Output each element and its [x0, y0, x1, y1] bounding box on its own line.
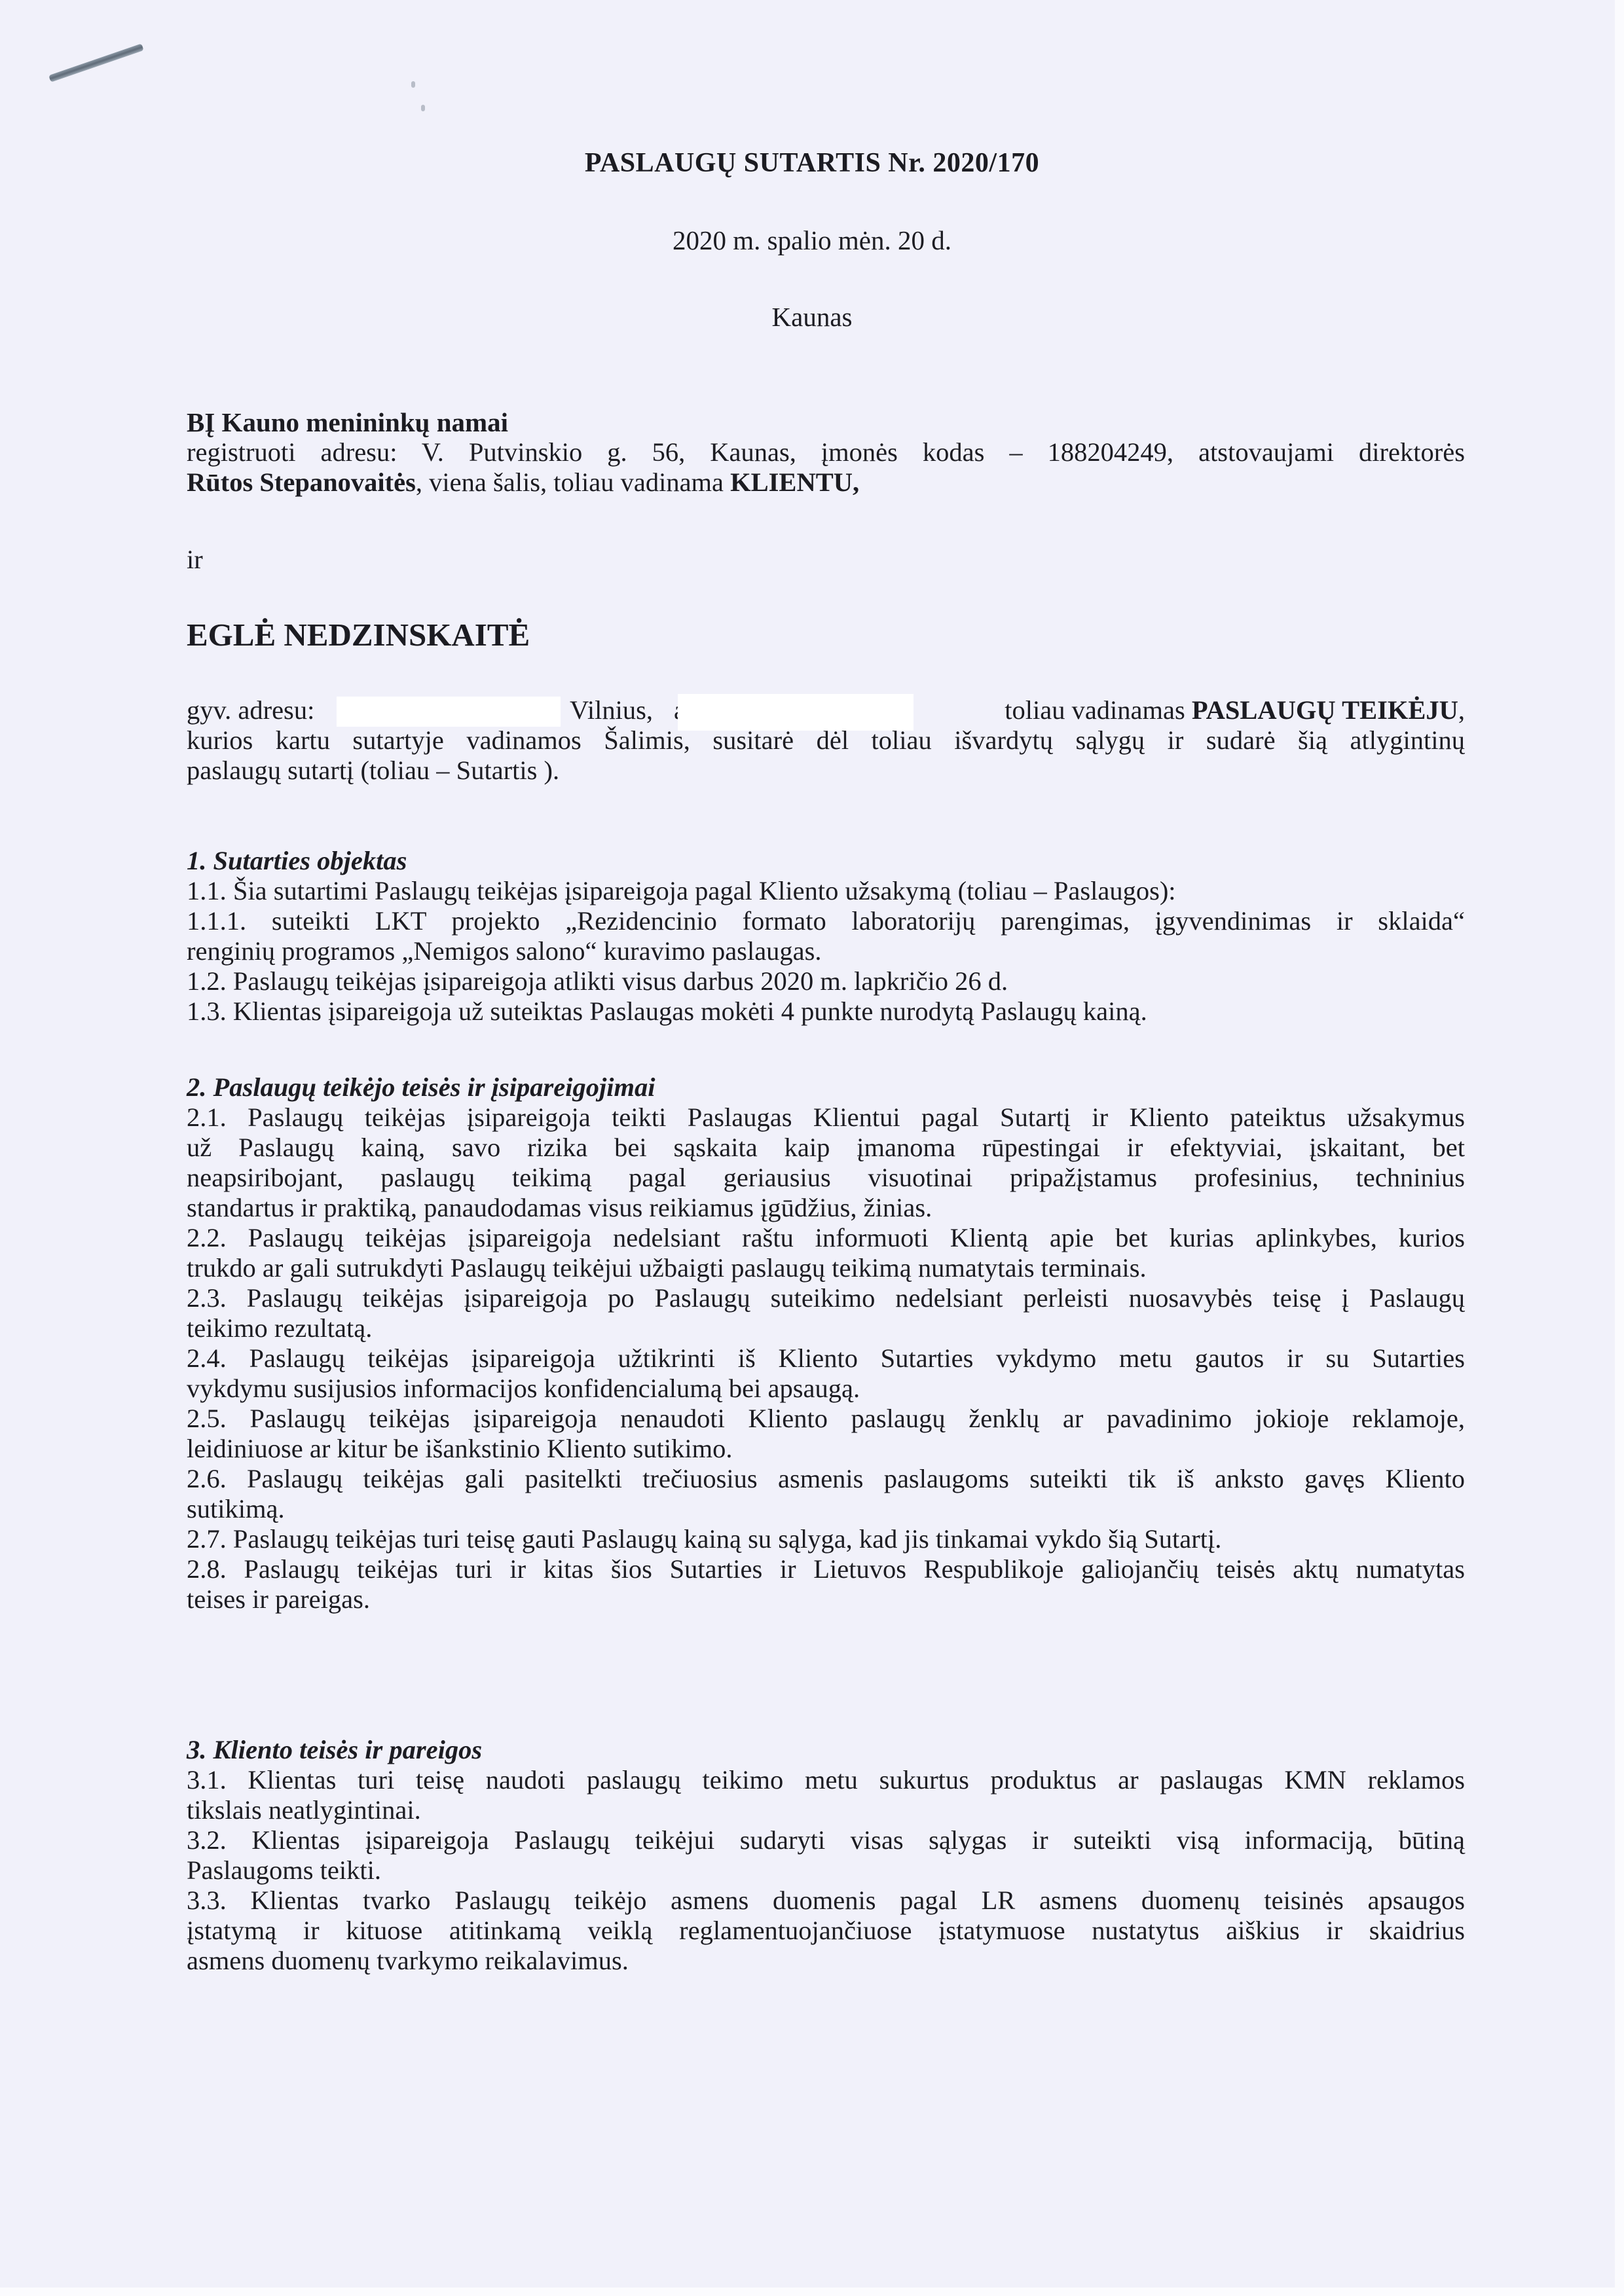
section-1: 1. Sutarties objektas 1.1. Šia sutartimi… — [187, 846, 1465, 1027]
contract-title: PASLAUGŲ SUTARTIS Nr. 2020/170 — [0, 147, 1624, 179]
clause-line: neapsiribojant, paslaugų teikimą pagal g… — [187, 1163, 1465, 1193]
clause-line: teises ir pareigas. — [187, 1584, 1465, 1614]
clause-line: įstatymą ir kituose atitinkamą veiklą re… — [187, 1916, 1465, 1946]
clause-line: teikimo rezultatą. — [187, 1313, 1465, 1343]
address-label: gyv. adresu: — [187, 695, 314, 725]
clause-line: 3.1. Klientas turi teisę naudoti paslaug… — [187, 1765, 1465, 1795]
client-representative-line: Rūtos Stepanovaitės, viena šalis, toliau… — [187, 467, 1465, 498]
page-bottom-edge — [0, 2287, 1624, 2296]
clause-line: 1.2. Paslaugų teikėjas įsipareigoja atli… — [187, 966, 1465, 996]
clause-line: standartus ir praktiką, panaudodamas vis… — [187, 1193, 1465, 1223]
client-role: KLIENTU, — [730, 467, 859, 497]
clause-line: Paslaugoms teikti. — [187, 1855, 1465, 1886]
clause-line: už Paslaugų kainą, savo rizika bei sąska… — [187, 1133, 1465, 1163]
client-representative: Rūtos Stepanovaitės — [187, 467, 416, 497]
conjunction: ir — [187, 545, 1465, 575]
clause-line: 2.2. Paslaugų teikėjas įsipareigoja nede… — [187, 1223, 1465, 1253]
clause-line: 2.6. Paslaugų teikėjas gali pasitelkti t… — [187, 1464, 1465, 1494]
clause-line: 2.5. Paslaugų teikėjas įsipareigoja nena… — [187, 1404, 1465, 1434]
client-details: registruoti adresu: V. Putvinskio g. 56,… — [187, 437, 1465, 498]
contract-city: Kaunas — [0, 301, 1624, 333]
section-1-heading: 1. Sutarties objektas — [187, 846, 1465, 876]
section-3: 3. Kliento teisės ir pareigos 3.1. Klien… — [187, 1735, 1465, 1976]
clause-line: asmens duomenų tvarkymo reikalavimus. — [187, 1946, 1465, 1976]
client-name: BĮ Kauno menininkų namai — [187, 407, 1465, 437]
address-city: Vilnius, — [570, 695, 653, 725]
redacted-street — [337, 697, 561, 727]
provider-role: PASLAUGŲ TEIKĖJU — [1192, 695, 1458, 725]
client-role-intro: , viena šalis, toliau vadinama — [416, 467, 730, 497]
clause-line: 3.3. Klientas tvarko Paslaugų teikėjo as… — [187, 1886, 1465, 1916]
clause-line: 2.8. Paslaugų teikėjas turi ir kitas šio… — [187, 1554, 1465, 1584]
section-3-heading: 3. Kliento teisės ir pareigos — [187, 1735, 1465, 1765]
clause-line: 1.1.1. suteikti LKT projekto „Rezidencin… — [187, 906, 1465, 936]
client-address-line: registruoti adresu: V. Putvinskio g. 56,… — [187, 437, 1465, 467]
clause-line: trukdo ar gali sutrukdyti Paslaugų teikė… — [187, 1253, 1465, 1283]
clause-line: 2.4. Paslaugų teikėjas įsipareigoja užti… — [187, 1343, 1465, 1374]
redacted-personal-code — [678, 694, 913, 731]
clause-line: renginių programos „Nemigos salono“ kura… — [187, 936, 1465, 966]
section-2: 2. Paslaugų teikėjo teisės ir įsipareigo… — [187, 1072, 1465, 1614]
clause-line: leidiniuose ar kitur be išankstinio Klie… — [187, 1434, 1465, 1464]
section-2-heading: 2. Paslaugų teikėjo teisės ir įsipareigo… — [187, 1072, 1465, 1102]
staple-mark — [48, 43, 143, 82]
contract-date: 2020 m. spalio mėn. 20 d. — [0, 225, 1624, 256]
clause-line: 1.1. Šia sutartimi Paslaugų teikėjas įsi… — [187, 876, 1465, 906]
provider-role-comma: , — [1458, 695, 1465, 725]
provider-contract-line: paslaugų sutartį (toliau – Sutartis ). — [187, 756, 1465, 786]
clause-line: 3.2. Klientas įsipareigoja Paslaugų teik… — [187, 1825, 1465, 1855]
clause-line: 2.7. Paslaugų teikėjas turi teisę gauti … — [187, 1524, 1465, 1554]
clause-line: sutikimą. — [187, 1494, 1465, 1524]
clause-line: vykdymu susijusios informacijos konfiden… — [187, 1374, 1465, 1404]
clause-line: 2.3. Paslaugų teikėjas įsipareigoja po P… — [187, 1283, 1465, 1313]
provider-role-line: toliau vadinamas PASLAUGŲ TEIKĖJU, — [1005, 695, 1465, 725]
punch-hole-speck — [421, 105, 425, 111]
clause-line: 1.3. Klientas įsipareigoja už suteiktas … — [187, 996, 1465, 1027]
punch-hole-speck — [411, 81, 415, 88]
clause-line: 2.1. Paslaugų teikėjas įsipareigoja teik… — [187, 1102, 1465, 1133]
provider-name: EGLĖ NEDZINSKAITĖ — [187, 620, 1465, 650]
clause-line: tikslais neatlygintinai. — [187, 1795, 1465, 1825]
provider-role-intro: toliau vadinamas — [1005, 695, 1192, 725]
page-edge — [1615, 0, 1624, 2296]
